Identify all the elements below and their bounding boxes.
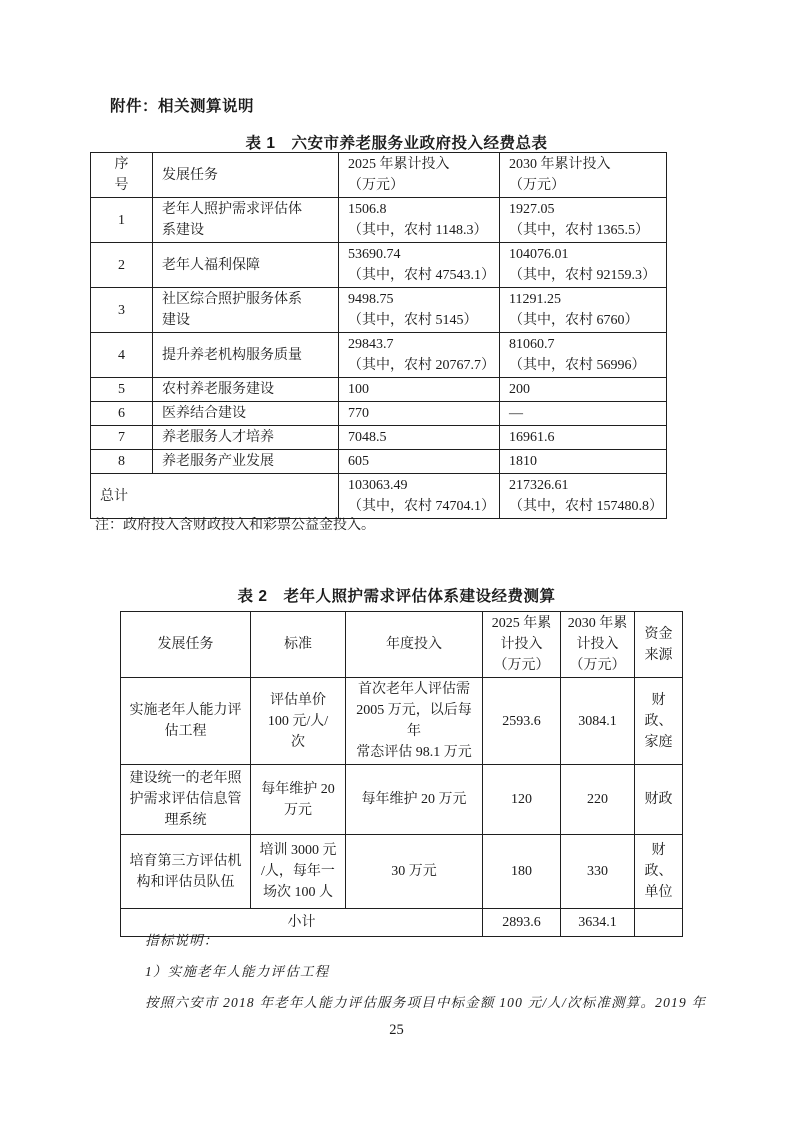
table-cell: 1 [91,198,153,243]
table-cell: 老年人照护需求评估体 系建设 [153,198,339,243]
table1: 序 号 发展任务 2025 年累计投入 （万元） 2030 年累计投入 （万元）… [90,152,667,519]
table-cell [635,909,683,937]
table-cell: 217326.61 （其中，农村 157480.8） [500,474,667,519]
table-cell: 财 政、 单位 [635,835,683,909]
table-cell: 9498.75 （其中，农村 5145） [339,288,500,333]
document-page: 附件：相关测算说明 表 1 六安市养老服务业政府投入经费总表 序 号 发展任务 … [0,0,793,1122]
table-cell: 2893.6 [483,909,561,937]
table-cell: 330 [561,835,635,909]
table-cell: 每年维护 20 万元 [251,765,346,835]
table-cell: 30 万元 [346,835,483,909]
table-row: 3 社区综合照护服务体系 建设 9498.75 （其中，农村 5145） 112… [91,288,667,333]
table-cell: 200 [500,378,667,402]
table-cell: 81060.7 （其中，农村 56996） [500,333,667,378]
table-cell: 16961.6 [500,426,667,450]
table-cell: 3634.1 [561,909,635,937]
table-cell: 每年维护 20 万元 [346,765,483,835]
table-cell: 培育第三方评估机 构和评估员队伍 [121,835,251,909]
table-cell: 养老服务产业发展 [153,450,339,474]
table1-header-2030: 2030 年累计投入 （万元） [500,153,667,198]
table-row: 2 老年人福利保障 53690.74 （其中，农村 47543.1） 10407… [91,243,667,288]
table-cell: 5 [91,378,153,402]
table-cell: 11291.25 （其中，农村 6760） [500,288,667,333]
table2-header-row: 发展任务 标准 年度投入 2025 年累 计投入 （万元） 2030 年累 计投… [121,612,683,678]
table2-header-standard: 标准 [251,612,346,678]
table1-header-row: 序 号 发展任务 2025 年累计投入 （万元） 2030 年累计投入 （万元） [91,153,667,198]
table-cell: 提升养老机构服务质量 [153,333,339,378]
table-cell: 7 [91,426,153,450]
table-cell: 7048.5 [339,426,500,450]
table-cell: 财政 [635,765,683,835]
table-cell: 养老服务人才培养 [153,426,339,450]
table-cell: 103063.49 （其中，农村 74704.1） [339,474,500,519]
table-cell: 培训 3000 元 /人，每年一 场次 100 人 [251,835,346,909]
table-cell: 农村养老服务建设 [153,378,339,402]
notes-paragraph-1: 按照六安市 2018 年老年人能力评估服务项目中标金额 100 元/人/次标准测… [145,991,706,1011]
table-row: 实施老年人能力评 估工程 评估单价 100 元/人/ 次 首次老年人评估需 20… [121,678,683,765]
table2-header-source: 资金 来源 [635,612,683,678]
table-cell-total-label: 总计 [91,474,339,519]
table-row: 6 医养结合建设 770 — [91,402,667,426]
table-row: 7 养老服务人才培养 7048.5 16961.6 [91,426,667,450]
table-cell: 社区综合照护服务体系 建设 [153,288,339,333]
table-cell: 100 [339,378,500,402]
table-cell: 3 [91,288,153,333]
table-cell: 1810 [500,450,667,474]
table-cell: 财 政、 家庭 [635,678,683,765]
table1-note: 注：政府投入含财政投入和彩票公益金投入。 [95,514,375,534]
table-cell: 2 [91,243,153,288]
table-cell: 180 [483,835,561,909]
table-row: 5 农村养老服务建设 100 200 [91,378,667,402]
table-cell: 220 [561,765,635,835]
table-cell: 770 [339,402,500,426]
page-number: 25 [0,1022,793,1039]
table-cell: 605 [339,450,500,474]
table2-header-annual: 年度投入 [346,612,483,678]
table-cell: 1506.8 （其中，农村 1148.3） [339,198,500,243]
table-cell: 3084.1 [561,678,635,765]
table-cell: 首次老年人评估需 2005 万元，以后每年 常态评估 98.1 万元 [346,678,483,765]
table-cell: 建设统一的老年照 护需求评估信息管 理系统 [121,765,251,835]
table-cell: — [500,402,667,426]
table-cell: 评估单价 100 元/人/ 次 [251,678,346,765]
table1-header-2025: 2025 年累计投入 （万元） [339,153,500,198]
table-cell: 2593.6 [483,678,561,765]
attachment-heading: 附件：相关测算说明 [110,94,254,116]
table2-header-task: 发展任务 [121,612,251,678]
table2-title: 表 2 老年人照护需求评估体系建设经费测算 [0,584,793,606]
table2-header-2030: 2030 年累 计投入 （万元） [561,612,635,678]
table-cell: 104076.01 （其中，农村 92159.3） [500,243,667,288]
table2: 发展任务 标准 年度投入 2025 年累 计投入 （万元） 2030 年累 计投… [120,611,683,937]
table1-title: 表 1 六安市养老服务业政府投入经费总表 [0,131,793,153]
table-cell: 120 [483,765,561,835]
table-cell: 29843.7 （其中，农村 20767.7） [339,333,500,378]
notes-heading: 指标说明： [145,929,219,949]
table1-total-row: 总计 103063.49 （其中，农村 74704.1） 217326.61 （… [91,474,667,519]
table2-header-2025: 2025 年累 计投入 （万元） [483,612,561,678]
table-row: 8 养老服务产业发展 605 1810 [91,450,667,474]
table-cell: 实施老年人能力评 估工程 [121,678,251,765]
table-cell: 老年人福利保障 [153,243,339,288]
table-row: 4 提升养老机构服务质量 29843.7 （其中，农村 20767.7） 810… [91,333,667,378]
table-cell: 53690.74 （其中，农村 47543.1） [339,243,500,288]
table-cell: 4 [91,333,153,378]
table-cell: 6 [91,402,153,426]
table-row: 1 老年人照护需求评估体 系建设 1506.8 （其中，农村 1148.3） 1… [91,198,667,243]
table1-header-no: 序 号 [91,153,153,198]
table-cell: 8 [91,450,153,474]
notes-item-1: 1）实施老年人能力评估工程 [145,960,329,980]
table-row: 建设统一的老年照 护需求评估信息管 理系统 每年维护 20 万元 每年维护 20… [121,765,683,835]
table1-header-task: 发展任务 [153,153,339,198]
table-cell: 1927.05 （其中，农村 1365.5） [500,198,667,243]
table-cell: 医养结合建设 [153,402,339,426]
table-row: 培育第三方评估机 构和评估员队伍 培训 3000 元 /人，每年一 场次 100… [121,835,683,909]
